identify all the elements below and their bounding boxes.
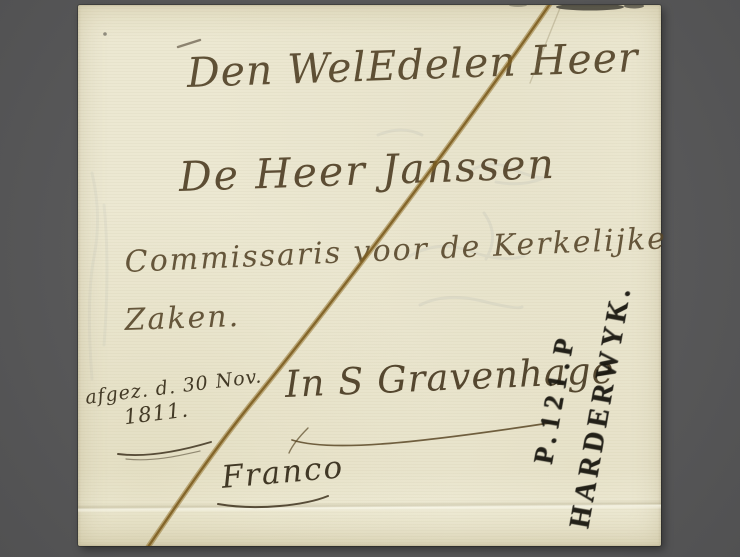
- edge-smudge: [556, 5, 624, 11]
- letter-photo: Den WelEdelen Heer De Heer Janssen Commi…: [0, 0, 740, 557]
- corner-crease-line: [530, 8, 560, 83]
- paper-speck: [103, 32, 107, 36]
- top-edge-smudges: [103, 5, 644, 36]
- letter-paper: Den WelEdelen Heer De Heer Janssen Commi…: [78, 5, 661, 546]
- destination-underline: [292, 422, 556, 446]
- year-underline: [118, 442, 211, 455]
- pen-dash-mark: [178, 40, 200, 47]
- franco-underline: [218, 496, 328, 507]
- edge-smudge: [509, 5, 527, 7]
- edge-smudge: [624, 5, 644, 9]
